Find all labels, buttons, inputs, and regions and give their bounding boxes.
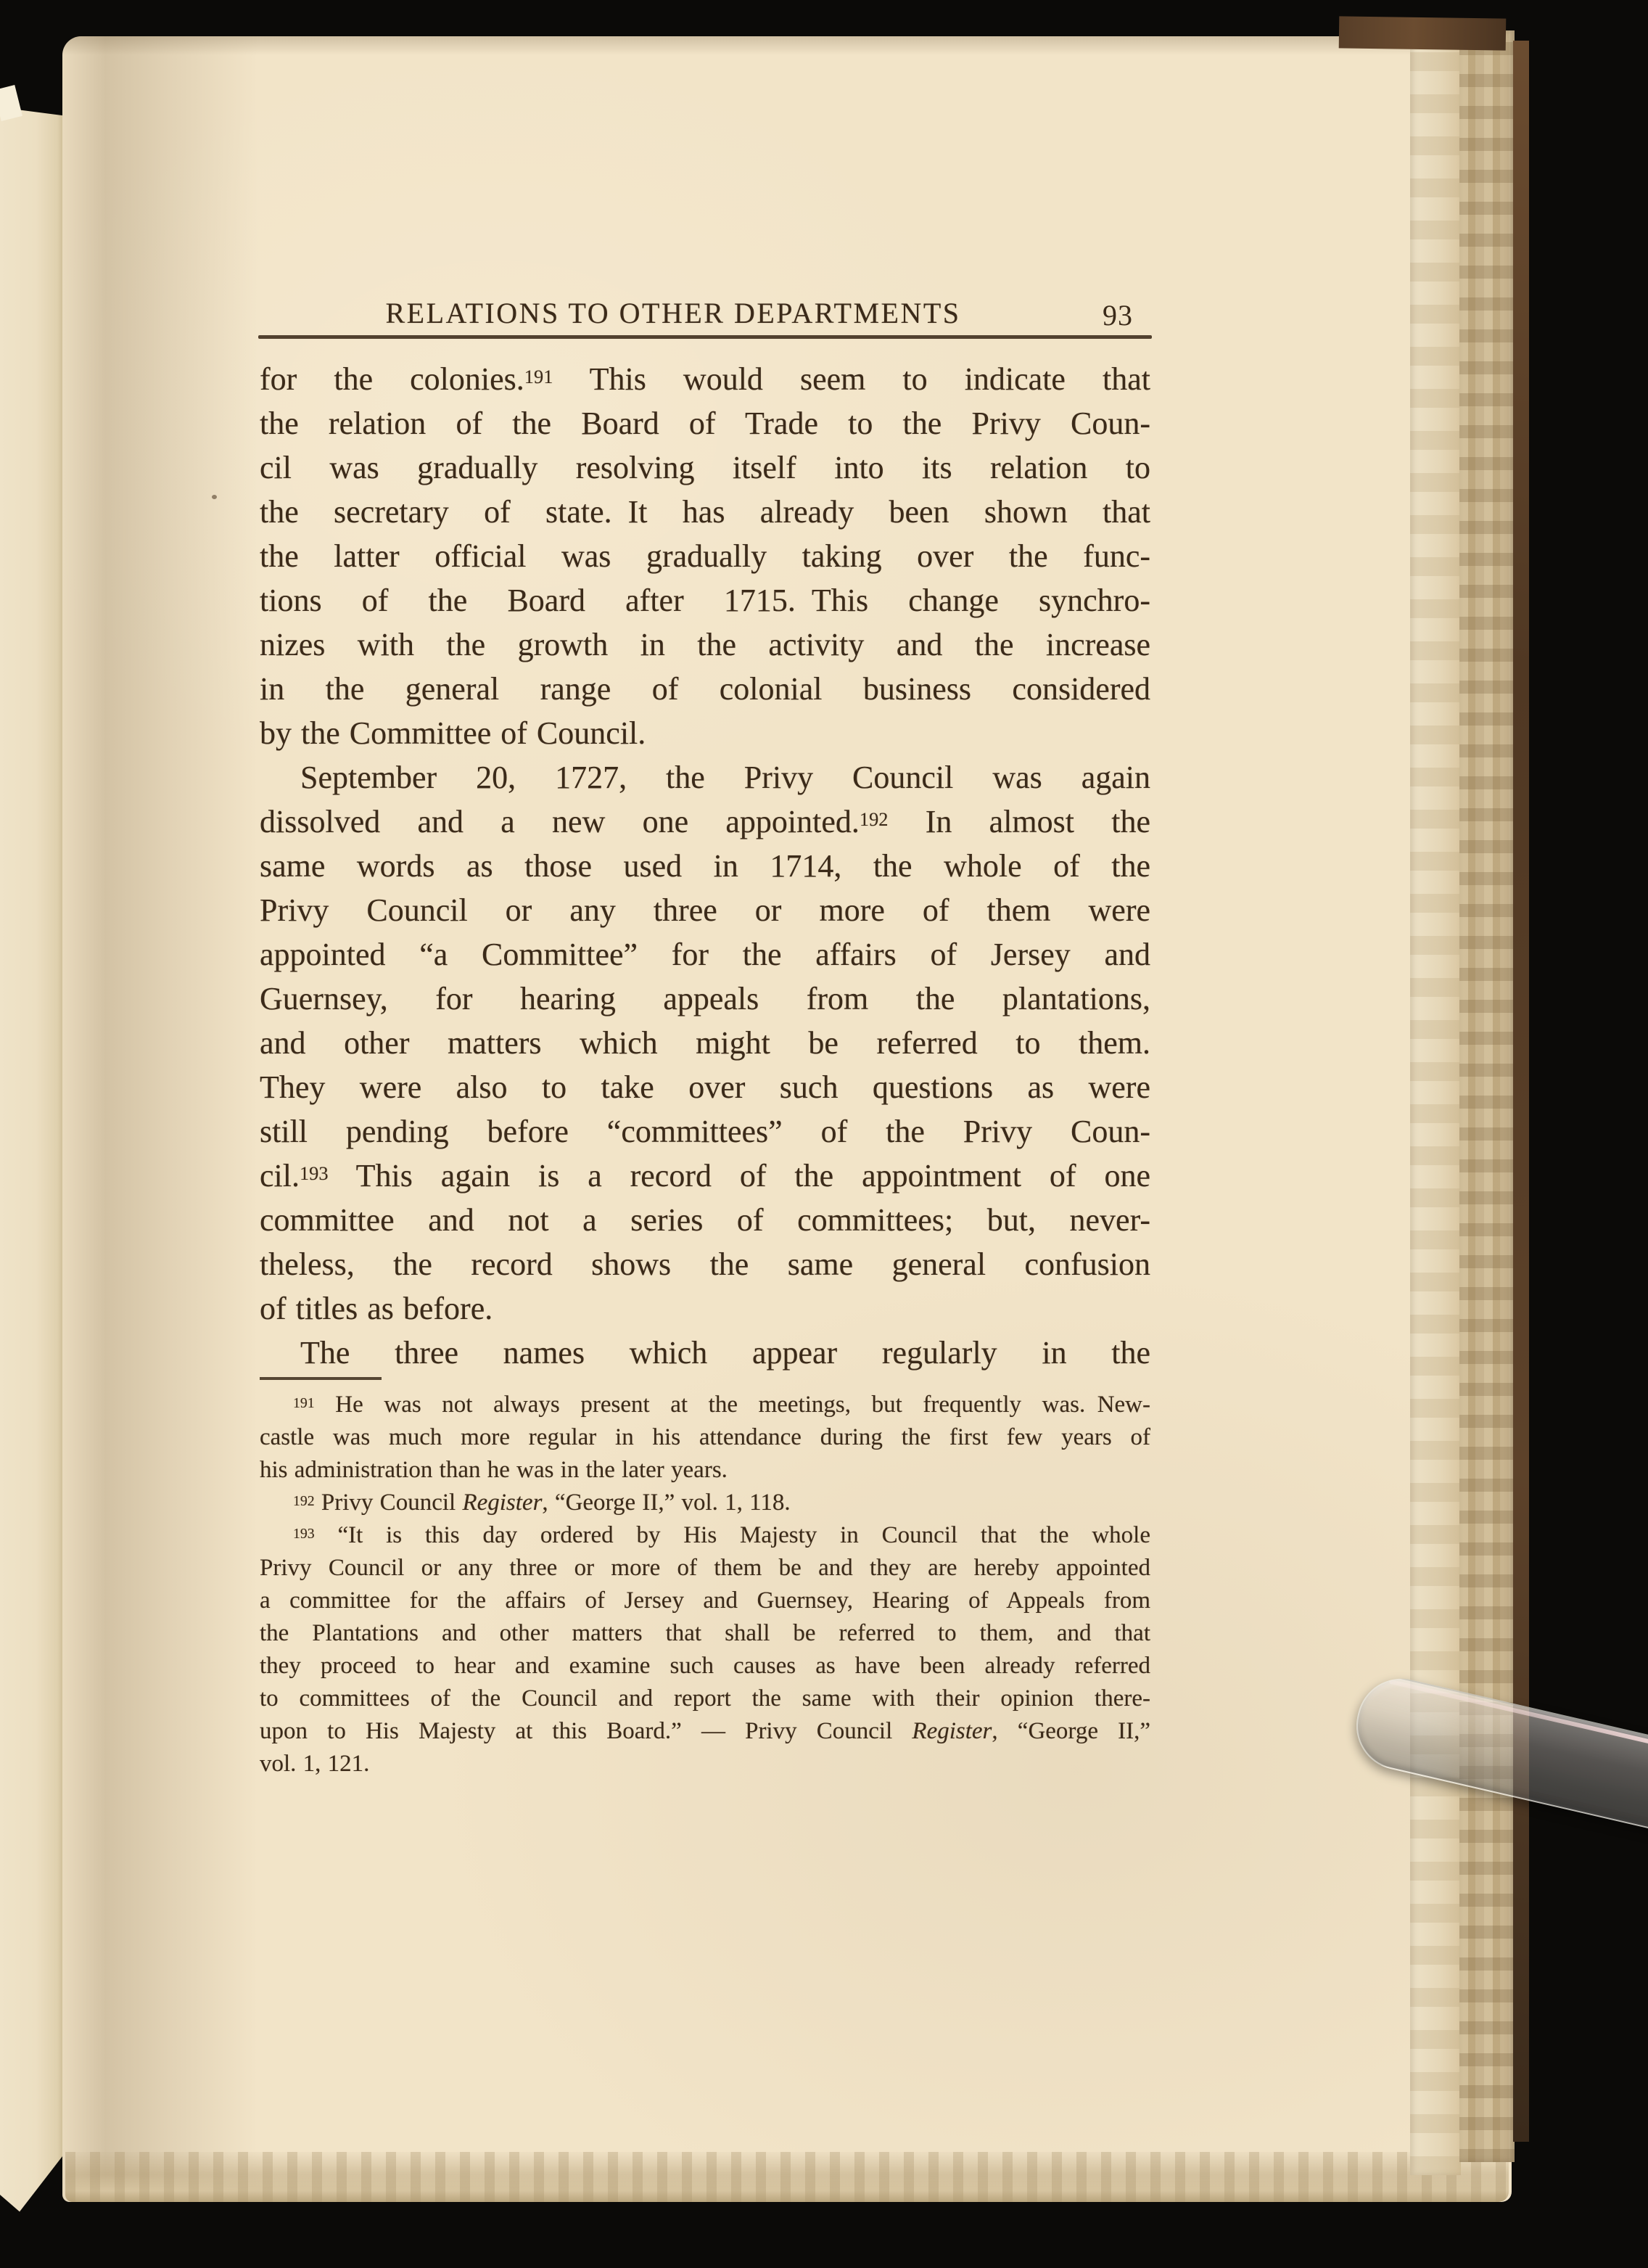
header-rule [258, 335, 1152, 339]
footnote-line: they proceed to hear and examine such ca… [260, 1650, 1150, 1682]
running-header: RELATIONS TO OTHER DEPARTMENTS 93 [260, 296, 1150, 334]
footnote-line: the Plantations and other matters that s… [260, 1617, 1150, 1650]
text-line: the secretary of state. It has already b… [260, 490, 1150, 534]
text-line: They were also to take over such questio… [260, 1065, 1150, 1109]
line-text: upon to His Majesty at this Board.” — Pr… [260, 1718, 912, 1744]
footnote-line: upon to His Majesty at this Board.” — Pr… [260, 1715, 1150, 1748]
line-text: for the colonies. [260, 361, 524, 397]
text-line: and other matters which might be referre… [260, 1021, 1150, 1065]
page-title: RELATIONS TO OTHER DEPARTMENTS [260, 296, 1150, 330]
text-line: appointed “a Committee” for the affairs … [260, 932, 1150, 977]
text-line: the relation of the Board of Trade to th… [260, 401, 1150, 445]
italic-title: Register [462, 1490, 542, 1516]
footnote-line: 193 “It is this day ordered by His Majes… [260, 1519, 1150, 1552]
text-line: cil.193 This again is a record of the ap… [260, 1154, 1150, 1198]
page-top-shade [62, 36, 1512, 55]
footnote-ref-191: 191 [524, 366, 553, 387]
footnote-separator-rule [260, 1377, 382, 1380]
text-line: Guernsey, for hearing appeals from the p… [260, 977, 1150, 1021]
text-line: theless, the record shows the same gener… [260, 1242, 1150, 1286]
footnote-line: castle was much more regular in his atte… [260, 1421, 1150, 1454]
italic-title: Register [912, 1718, 992, 1744]
footnote-line: to committees of the Council and report … [260, 1682, 1150, 1715]
line-text: dissolved and a new one appointed. [260, 804, 860, 839]
book-scan-photo: RELATIONS TO OTHER DEPARTMENTS 93 for th… [0, 0, 1648, 2268]
footnote-num-191: 191 [293, 1395, 315, 1411]
footnote-ref-193: 193 [300, 1162, 329, 1184]
line-text: Privy Council [315, 1490, 463, 1516]
page-number: 93 [1103, 298, 1133, 332]
footnote-num-193: 193 [293, 1526, 315, 1542]
footnote-ref-192: 192 [860, 808, 889, 830]
book-cover-edge-top [1339, 16, 1507, 50]
gutter-shadow [62, 36, 258, 2202]
body-text: for the colonies.191 This would seem to … [260, 357, 1150, 1375]
text-line: of titles as before. [260, 1286, 1150, 1331]
text-line: nizes with the growth in the activity an… [260, 623, 1150, 667]
footnote-line: a committee for the affairs of Jersey an… [260, 1585, 1150, 1617]
footnote-line: 192 Privy Council Register, “George II,”… [260, 1487, 1150, 1519]
paper-speck [212, 495, 217, 499]
text-line: dissolved and a new one appointed.192 In… [260, 800, 1150, 844]
text-line: Privy Council or any three or more of th… [260, 888, 1150, 932]
page-stack-edge-inner [1410, 33, 1461, 2175]
text-line: for the colonies.191 This would seem to … [260, 357, 1150, 401]
text-line: tions of the Board after 1715. This chan… [260, 578, 1150, 623]
paper-corner-sliver [0, 85, 22, 121]
footnotes: 191 He was not always present at the mee… [260, 1389, 1150, 1780]
line-text: This would seem to indicate that [553, 361, 1150, 397]
page-bottom-deckle-edge [65, 2152, 1509, 2202]
text-line: the latter official was gradually taking… [260, 534, 1150, 578]
text-line: cil was gradually resolving itself into … [260, 445, 1150, 490]
text-line: committee and not a series of committees… [260, 1198, 1150, 1242]
text-line: still pending before “committees” of the… [260, 1109, 1150, 1154]
text-line: by the Committee of Council. [260, 711, 1150, 755]
footnote-line: vol. 1, 121. [260, 1748, 1150, 1780]
footnote-line: 191 He was not always present at the mee… [260, 1389, 1150, 1421]
line-text: He was not always present at the meeting… [315, 1392, 1150, 1418]
page-stack-edge-outer [1459, 30, 1515, 2162]
line-text: In almost the [889, 804, 1151, 839]
book-page: RELATIONS TO OTHER DEPARTMENTS 93 for th… [62, 36, 1512, 2202]
line-text: This again is a record of the appointmen… [329, 1158, 1150, 1193]
book-cover-edge-right [1513, 41, 1529, 2142]
text-line: same words as those used in 1714, the wh… [260, 844, 1150, 888]
footnote-line: his administration than he was in the la… [260, 1454, 1150, 1487]
line-text: cil. [260, 1158, 300, 1193]
text-line: The three names which appear regularly i… [260, 1331, 1150, 1375]
line-text: , “George II,” [992, 1718, 1150, 1744]
facing-page-edge [0, 107, 65, 2220]
text-line: September 20, 1727, the Privy Council wa… [260, 755, 1150, 800]
text-line: in the general range of colonial busines… [260, 667, 1150, 711]
line-text: “It is this day ordered by His Majesty i… [315, 1522, 1150, 1548]
line-text: , “George II,” vol. 1, 118. [542, 1490, 790, 1516]
footnote-num-192: 192 [293, 1493, 315, 1509]
footnote-line: Privy Council or any three or more of th… [260, 1552, 1150, 1585]
